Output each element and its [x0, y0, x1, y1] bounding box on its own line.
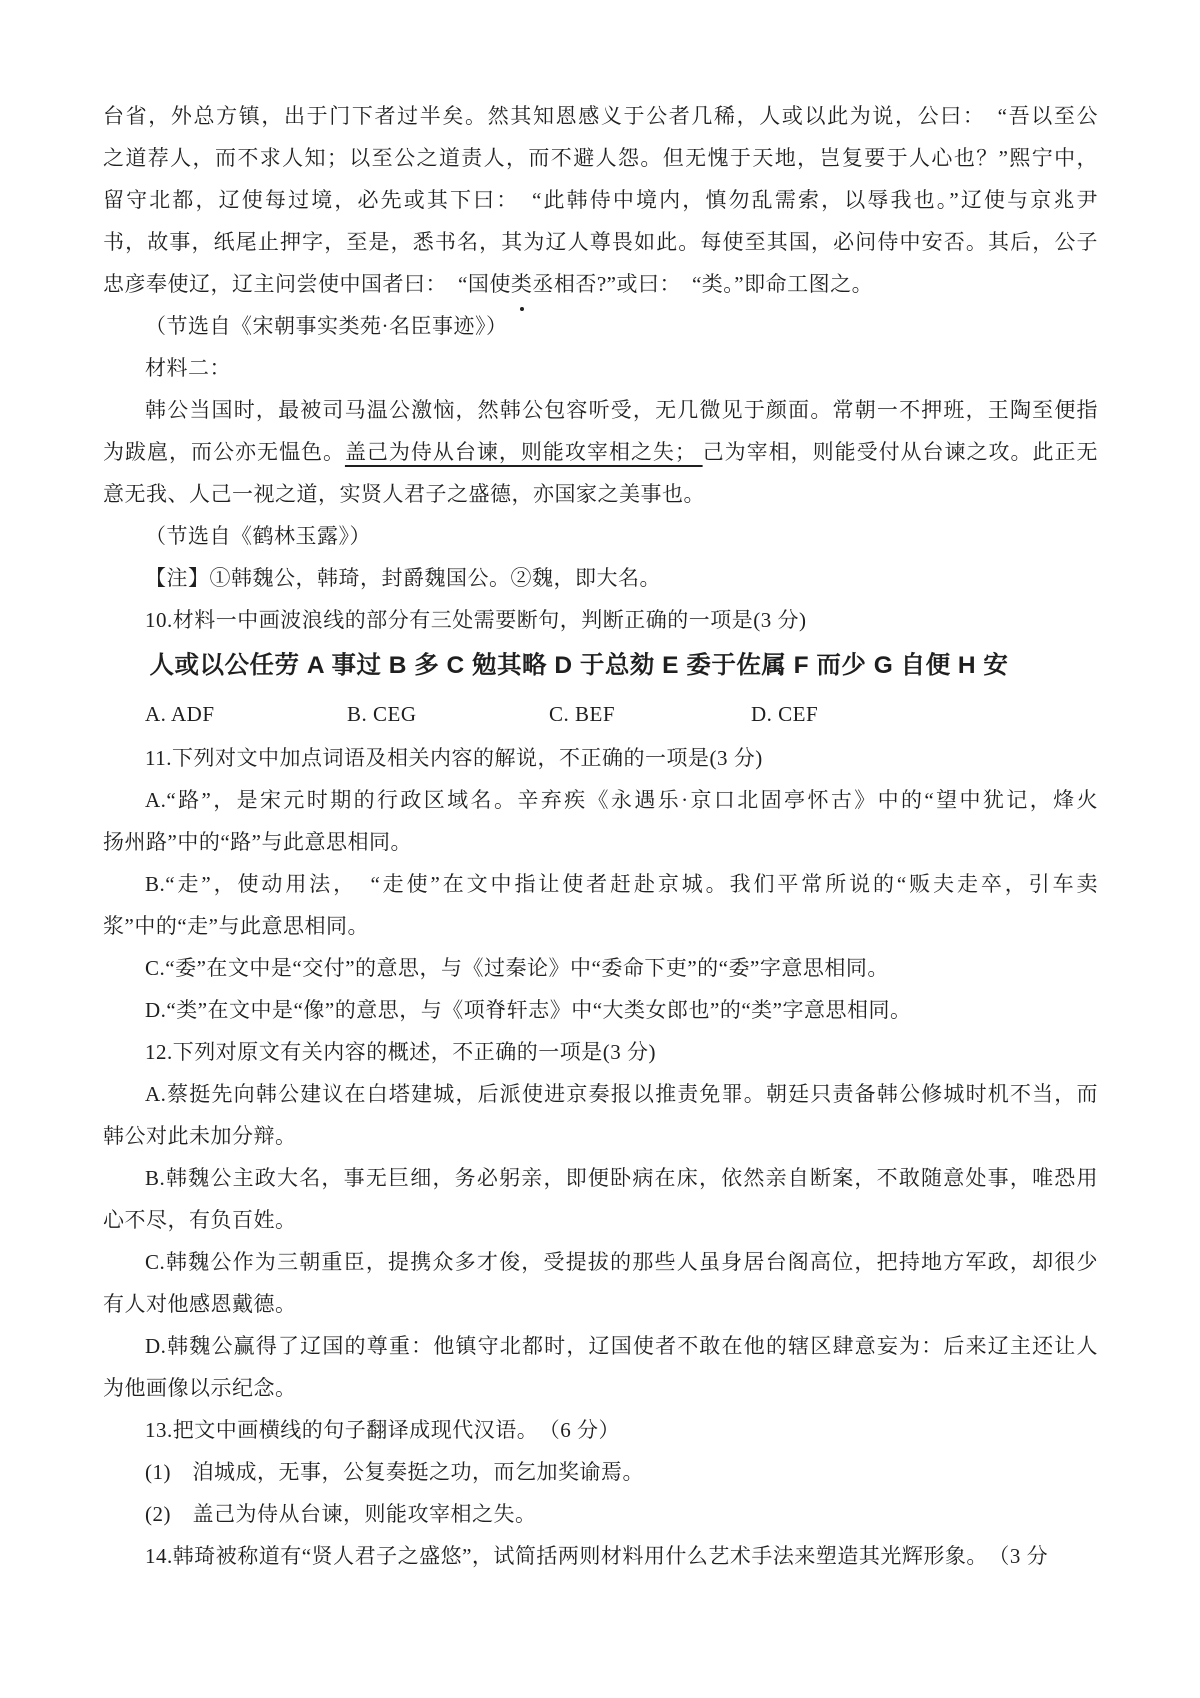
material1-source: （节选自《宋朝事实类苑·名臣事迹》）	[103, 305, 1098, 347]
material2-source: （节选自《鹤林玉露》）	[103, 515, 1098, 557]
q12-option-b-line2: 心不尽，有负百姓。	[103, 1199, 1098, 1241]
q10-option-d: D. CEF	[751, 691, 818, 737]
material2-line-2: 为跋扈，而公亦无愠色。盖己为侍从台谏，则能攻宰相之失； 己为宰相，则能受付从台谏…	[103, 431, 1098, 473]
material1-line-1: 台省，外总方镇，出于门下者过半矣。然其知恩感义于公者几稀，人或以此为说，公曰： …	[103, 95, 1098, 137]
q11-option-d: D.“类”在文中是“像”的意思，与《项脊轩志》中“大类女郎也”的“类”字意思相同…	[103, 989, 1098, 1031]
q12-option-a-line1: A.蔡挺先向韩公建议在白塔建城，后派使进京奏报以推责免罪。朝廷只责备韩公修城时机…	[103, 1073, 1098, 1115]
emphasis-dotted-word: 类	[511, 263, 533, 305]
q14-stem: 14.韩琦被称道有“贤人君子之盛悠”，试简括两则材料用什么艺术手法来塑造其光辉形…	[103, 1535, 1098, 1577]
q12-option-b-line1: B.韩魏公主政大名，事无巨细，务必躬亲，即便卧病在床，依然亲自断案，不敢随意处事…	[103, 1157, 1098, 1199]
q10-option-a: A. ADF	[145, 691, 347, 737]
q11-option-c: C.“委”在文中是“交付”的意思，与《过秦论》中“委命下吏”的“委”字意思相同。	[103, 947, 1098, 989]
q12-stem: 12.下列对原文有关内容的概述，不正确的一项是(3 分)	[103, 1031, 1098, 1073]
material1-line5-before: 忠彦奉使辽，辽主问尝使中国者曰： “国使	[103, 272, 511, 296]
material2-heading: 材料二：	[103, 347, 1098, 389]
q13-item-2: (2) 盖己为侍从台谏，则能攻宰相之失。	[103, 1493, 1098, 1535]
footnote: 【注】①韩魏公，韩琦，封爵魏国公。②魏，即大名。	[103, 557, 1098, 599]
q13-stem: 13.把文中画横线的句子翻译成现代汉语。 （6 分）	[103, 1409, 1098, 1451]
q12-option-a-line2: 韩公对此未加分辩。	[103, 1115, 1098, 1157]
q13-item-1: (1) 洎城成，无事，公复奏挺之功，而乞加奖谕焉。	[103, 1451, 1098, 1493]
q11-option-b-line2: 浆”中的“走”与此意思相同。	[103, 905, 1098, 947]
material1-line5-after: 丞相否?”或曰： “类。”即命工图之。	[532, 272, 873, 296]
q11-option-a-line1: A.“路”，是宋元时期的行政区域名。辛弃疾《永遇乐·京口北固亭怀古》中的“望中犹…	[103, 779, 1098, 821]
q10-option-c: C. BEF	[549, 691, 751, 737]
q10-options-row: A. ADFB. CEGC. BEFD. CEF	[103, 691, 1098, 737]
material2-line2-after: 己为宰相，则能受付从台谏之攻。此正无	[703, 440, 1098, 464]
material1-line-4: 书，故事，纸尾止押字，至是，悉书名，其为辽人尊畏如此。每使至其国，必问侍中安否。…	[103, 221, 1098, 263]
underlined-clause: 盖己为侍从台谏，则能攻宰相之失；	[345, 440, 703, 464]
q12-option-c-line2: 有人对他感恩戴德。	[103, 1283, 1098, 1325]
q11-option-a-line2: 扬州路”中的“路”与此意思相同。	[103, 821, 1098, 863]
material1-line-3: 留守北都，辽使每过境，必先或其下曰： “此韩侍中境内，慎勿乱需索，以辱我也。”辽…	[103, 179, 1098, 221]
material1-line-2: 之道荐人，而不求人知；以至公之道责人，而不避人怨。但无愧于天地，岂复要于人心也？…	[103, 137, 1098, 179]
q10-segmentation-sentence: 人或以公任劳 A 事过 B 多 C 勉其略 D 于总劾 E 委于佐属 F 而少 …	[103, 641, 1098, 691]
q12-option-d-line2: 为他画像以示纪念。	[103, 1367, 1098, 1409]
material2-line2-before: 为跋扈，而公亦无愠色。	[103, 440, 345, 464]
material2-line-1: 韩公当国时，最被司马温公激恼，然韩公包容听受，无几微见于颜面。常朝一不押班，王陶…	[103, 389, 1098, 431]
q11-option-b-line1: B.“走”，使动用法， “走使”在文中指让使者赶赴京城。我们平常所说的“贩夫走卒…	[103, 863, 1098, 905]
q10-option-b: B. CEG	[347, 691, 549, 737]
exam-page: 台省，外总方镇，出于门下者过半矣。然其知恩感义于公者几稀，人或以此为说，公曰： …	[0, 0, 1200, 1698]
q12-option-d-line1: D.韩魏公赢得了辽国的尊重：他镇守北都时，辽国使者不敢在他的辖区肆意妄为：后来辽…	[103, 1325, 1098, 1367]
material2-line-3: 意无我、人己一视之道，实贤人君子之盛德，亦国家之美事也。	[103, 473, 1098, 515]
q11-stem: 11.下列对文中加点词语及相关内容的解说，不正确的一项是(3 分)	[103, 737, 1098, 779]
q10-stem: 10.材料一中画波浪线的部分有三处需要断句，判断正确的一项是(3 分)	[103, 599, 1098, 641]
material1-line-5: 忠彦奉使辽，辽主问尝使中国者曰： “国使类丞相否?”或曰： “类。”即命工图之。	[103, 263, 1098, 305]
q12-option-c-line1: C.韩魏公作为三朝重臣，提携众多才俊，受提拔的那些人虽身居台阁高位，把持地方军政…	[103, 1241, 1098, 1283]
